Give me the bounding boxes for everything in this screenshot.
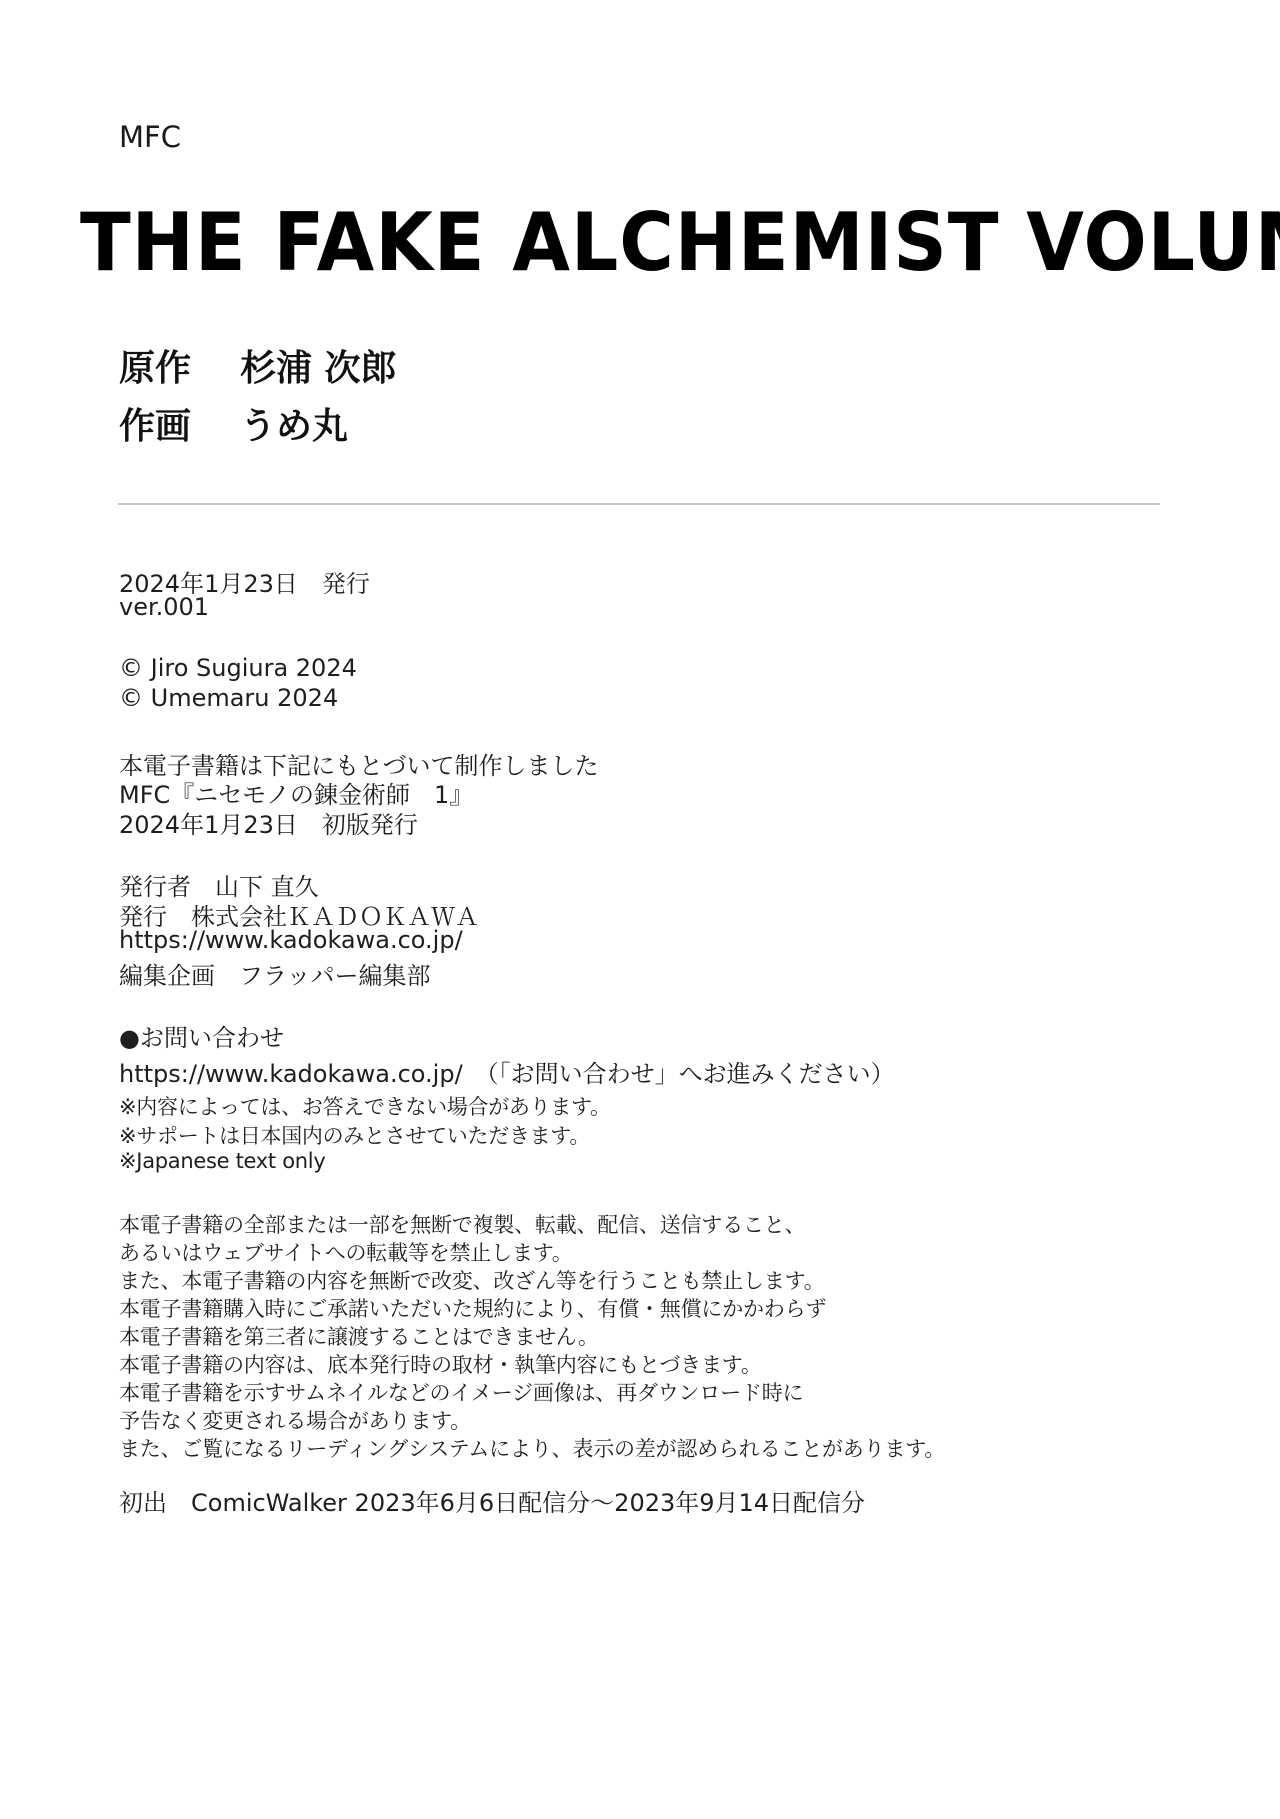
contact-note: ※Japanese text only: [119, 1149, 325, 1173]
divider: [118, 503, 1160, 505]
legal-line: また、本電子書籍の内容を無断で改変、改ざん等を行うことも禁止します。: [119, 1265, 825, 1295]
legal-line: また、ご覧になるリーディングシステムにより、表示の差が認められることがあります。: [119, 1433, 945, 1463]
legal-line: 本電子書籍を第三者に譲渡することはできません。: [119, 1321, 599, 1351]
publisher-url[interactable]: https://www.kadokawa.co.jp/: [119, 926, 463, 954]
source-date: 2024年1月23日 初版発行: [119, 805, 418, 840]
contact-heading: ●お問い合わせ: [119, 1018, 284, 1053]
contact-url[interactable]: https://www.kadokawa.co.jp/ （「お問い合わせ」へお進…: [119, 1054, 895, 1089]
credit-name: うめ丸: [240, 406, 348, 447]
legal-line: 本電子書籍を示すサムネイルなどのイメージ画像は、再ダウンロード時に: [119, 1377, 803, 1407]
first-appearance: 初出 ComicWalker 2023年6月6日配信分～2023年9月14日配信…: [119, 1483, 865, 1518]
copyright-artist: © Umemaru 2024: [119, 684, 338, 712]
legal-line: 本電子書籍の全部または一部を無断で複製、転載、配信、送信すること、: [119, 1209, 805, 1239]
credit-role: 作画: [119, 398, 240, 449]
contact-note: ※内容によっては、お答えできない場合があります。: [119, 1091, 611, 1121]
credit-name: 杉浦 次郎: [240, 348, 397, 389]
imprint-label: MFC: [119, 120, 181, 154]
credit-artist: 作画うめ丸: [119, 398, 348, 449]
version: ver.001: [119, 593, 209, 621]
editorial-department: 編集企画 フラッパー編集部: [119, 956, 431, 991]
credit-original-author: 原作杉浦 次郎: [119, 340, 397, 391]
contact-note: ※サポートは日本国内のみとさせていただきます。: [119, 1120, 590, 1150]
book-title: THE FAKE ALCHEMIST VOLUMEN 1: [80, 196, 1280, 289]
copyright-author: © Jiro Sugiura 2024: [119, 654, 357, 682]
legal-line: あるいはウェブサイトへの転載等を禁止します。: [119, 1237, 573, 1267]
legal-line: 本電子書籍購入時にご承諾いただいた規約により、有償・無償にかかわらず: [119, 1293, 826, 1323]
legal-line: 本電子書籍の内容は、底本発行時の取材・執筆内容にもとづきます。: [119, 1349, 762, 1379]
credit-role: 原作: [119, 340, 240, 391]
legal-line: 予告なく変更される場合があります。: [119, 1405, 471, 1435]
